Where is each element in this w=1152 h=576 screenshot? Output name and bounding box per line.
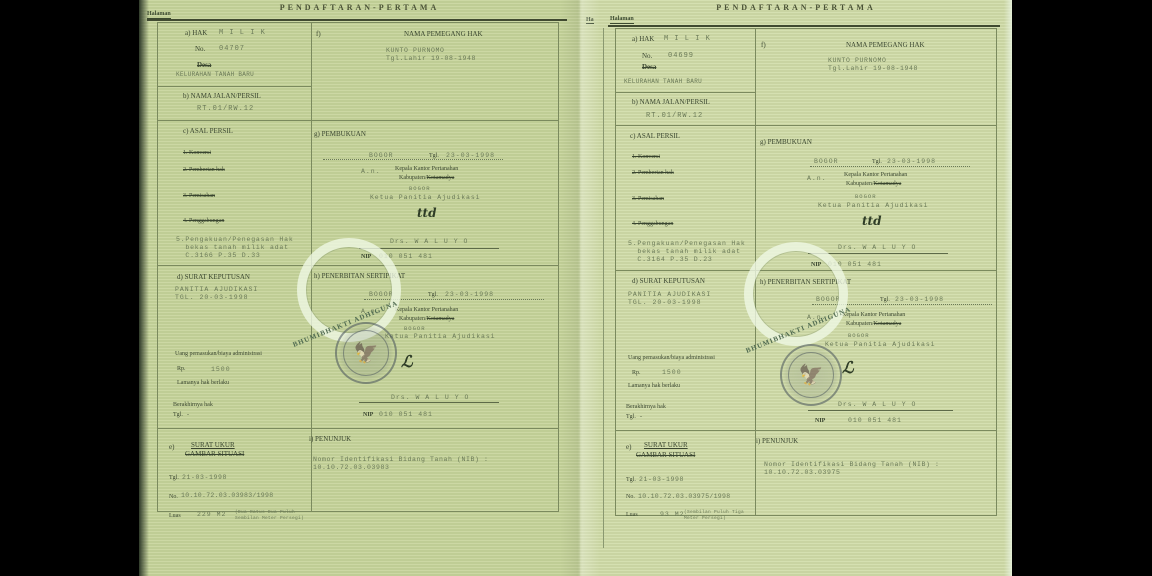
surat-keputusan-label: d) SURAT KEPUTUSAN [177, 273, 250, 281]
kabupaten-text: Kabupaten/ [399, 175, 427, 181]
paraf-signature: ttd [417, 206, 436, 220]
kepala-kantor-label: Kepala Kantor Pertanahan [395, 166, 458, 172]
official-stamp: 🦅 [335, 322, 397, 384]
kotamadya-text: Kotamadya [427, 175, 455, 181]
official-signature: ℒ [401, 352, 413, 371]
asal-pemisahan: 3. Pemisahan [632, 196, 664, 202]
luas-value: 229 M2 [197, 511, 226, 519]
ketua-panitia-text: Ketua Panitia Ajudikasi [370, 194, 480, 202]
gambar-situasi-label: GAMBAR SITUASI [185, 450, 244, 458]
penerbitan-tgl-value: 23-03-1998 [445, 291, 494, 299]
pemegang-hak-value: KUNTO PURNOMO Tgl.Lahir 19-08-1948 [828, 57, 918, 73]
surat-ukur-label: SURAT UKUR [644, 441, 688, 449]
e-label: e) [169, 443, 174, 451]
desa-label: Desa [642, 63, 656, 71]
kepala-kantor-label-2: Kepala Kantor Pertanahan [395, 307, 458, 313]
halaman-label: Halaman [147, 11, 171, 19]
pembukuan-tgl-value: 23-03-1998 [446, 152, 495, 160]
kabupaten-text: Kabupaten/ [846, 321, 874, 327]
asal-persil-label: c) ASAL PERSIL [183, 127, 233, 135]
header-rule [147, 19, 567, 21]
asal-pemberian-hak: 2. Pemberian hak [183, 167, 225, 173]
berakhir-tgl-label: Tgl. [173, 412, 183, 418]
row-divider [615, 125, 997, 126]
pejabat-name-2: Drs. W A L U Y O [838, 401, 916, 409]
pejabat-name: Drs. W A L U Y O [390, 238, 468, 246]
kabupaten-label: Kabupaten/Kotamadya [399, 175, 454, 181]
luas-label: Luas [626, 512, 638, 518]
kotamadya-text: Kotamadya [874, 321, 902, 327]
su-no-value: 10.10.72.03.03975/1998 [638, 493, 730, 501]
penerbitan-kota-2: BOGOR [404, 325, 426, 333]
pembukuan-kota-2: BOGOR [409, 185, 431, 193]
nama-pemegang-label: NAMA PEMEGANG HAK [404, 30, 483, 38]
penunjuk-value: Nomor Identifikasi Bidang Tanah (NIB) : … [764, 461, 940, 477]
su-tgl-value: 21-03-1998 [639, 476, 684, 484]
luas-label: Luas [169, 513, 181, 519]
biaya-value: 1500 [211, 366, 231, 374]
halaman-label: Halaman [610, 16, 634, 24]
asal-pengakuan-value: 5.Pengakuan/Penegasan Hak bekas tanah mi… [176, 236, 294, 260]
penunjuk-label: i) PENUNJUK [309, 435, 351, 443]
hak-label: a) HAK [185, 29, 207, 37]
nip-label-2: NIP [815, 418, 825, 424]
penerbitan-tgl-label: Tgl. [880, 297, 890, 303]
pembukuan-label: g) PEMBUKUAN [760, 138, 812, 146]
pembukuan-tgl-label: Tgl. [429, 153, 439, 159]
page-title: PENDAFTARAN-PERTAMA [580, 3, 1012, 12]
pembukuan-tgl-label: Tgl. [872, 159, 882, 165]
asal-konversi: 1. Konversi [183, 150, 211, 156]
luas-note: (Dua Ratus Dua Puluh Sembilan Meter Pers… [235, 510, 304, 522]
lamanya-label: Lamanya hak berlaku [628, 383, 680, 389]
row-divider [157, 86, 311, 87]
surat-keputusan-value: PANITIA AJUDIKASI TGL. 20-03-1998 [628, 291, 711, 307]
penerbitan-tgl-label: Tgl. [428, 292, 438, 298]
nama-jalan-value: RT.01/RW.12 [197, 105, 254, 113]
biaya-label: Uang pemasukan/biaya administrasi [628, 355, 715, 361]
penunjuk-value: Nomor Identifikasi Bidang Tanah (NIB) : … [313, 456, 489, 472]
surat-keputusan-value: PANITIA AJUDIKASI TGL. 20-03-1998 [175, 286, 258, 302]
left-page: PENDAFTARAN-PERTAMA Halaman a) HAK M I L… [139, 0, 580, 576]
gambar-situasi-label: GAMBAR SITUASI [636, 451, 695, 459]
header-rule [608, 25, 1000, 27]
kabupaten-text: Kabupaten/ [846, 181, 874, 187]
halaman-prev-label: Ha [586, 17, 594, 24]
su-tgl-label: Tgl. [169, 475, 179, 481]
signature-line-2 [808, 410, 953, 411]
asal-penggabungan: 4. Penggabungan [183, 218, 224, 224]
kabupaten-label-2: Kabupaten/Kotamadya [399, 316, 454, 322]
row-divider [615, 430, 997, 431]
f-label: f) [761, 41, 766, 49]
asal-pemberian-hak: 2. Pemberian hak [632, 170, 674, 176]
garuda-emblem-icon: 🦅 [354, 341, 379, 366]
no-label: No. [642, 52, 652, 60]
kotamadya-text: Kotamadya [427, 316, 455, 322]
luas-note: (Sembilan Puluh Tiga Meter Persegi) [684, 510, 744, 522]
nip-value-2: 010 051 481 [379, 411, 433, 419]
biaya-label: Uang pemasukan/biaya administrasi [175, 351, 262, 357]
nip-label-2: NIP [363, 412, 373, 418]
rp-label: Rp. [177, 366, 186, 372]
paraf-signature: ttd [862, 214, 881, 228]
garuda-emblem-icon: 🦅 [799, 363, 824, 388]
asal-pemisahan: 3. Pemisahan [183, 193, 215, 199]
su-tgl-value: 21-03-1998 [182, 474, 227, 482]
hak-type-value: M I L I K [664, 35, 711, 43]
hak-number-value: 04699 [668, 52, 694, 60]
berakhirnya-label: Berakhirnya hak [173, 402, 213, 408]
pembukuan-kota-value: BOGOR [369, 152, 394, 160]
su-no-label: No. [169, 494, 178, 500]
page-title: PENDAFTARAN-PERTAMA [139, 3, 580, 12]
lamanya-label: Lamanya hak berlaku [177, 380, 229, 386]
an-label: A.n. [361, 168, 381, 176]
berakhir-tgl-value: - [187, 412, 189, 418]
pembukuan-tgl-value: 23-03-1998 [887, 158, 936, 166]
berakhir-tgl-value: - [640, 414, 642, 420]
nama-jalan-label: b) NAMA JALAN/PERSIL [183, 92, 261, 100]
official-stamp: 🦅 [780, 344, 842, 406]
row-divider [615, 92, 755, 93]
biaya-value: 1500 [662, 369, 682, 377]
surat-ukur-label: SURAT UKUR [191, 441, 235, 449]
ketua-panitia-text: Ketua Panitia Ajudikasi [818, 202, 928, 210]
nip-value-2: 010 051 481 [848, 417, 902, 425]
row-divider [157, 120, 559, 121]
f-label: f) [316, 30, 321, 38]
rp-label: Rp. [632, 370, 641, 376]
berakhir-tgl-label: Tgl. [626, 414, 636, 420]
pejabat-name-2: Drs. W A L U Y O [391, 394, 469, 402]
asal-persil-label: c) ASAL PERSIL [630, 132, 680, 140]
e-label: e) [626, 443, 631, 451]
hak-number-value: 04707 [219, 45, 245, 53]
pembukuan-dotline [810, 166, 970, 167]
kelurahan-value: KELURAHAN TANAH BARU [176, 72, 254, 78]
no-label: No. [195, 45, 205, 53]
kabupaten-label-2: Kabupaten/Kotamadya [846, 321, 901, 327]
ketua-panitia-text-2: Ketua Panitia Ajudikasi [385, 333, 495, 341]
right-page: Ha PENDAFTARAN-PERTAMA Halaman a) HAK M … [580, 0, 1012, 576]
pembukuan-kota-value: BOGOR [814, 158, 839, 166]
su-tgl-label: Tgl. [626, 477, 636, 483]
kotamadya-text: Kotamadya [874, 181, 902, 187]
ketua-panitia-text-2: Ketua Panitia Ajudikasi [825, 341, 935, 349]
kepala-kantor-label: Kepala Kantor Pertanahan [844, 172, 907, 178]
signature-line-2 [359, 402, 499, 403]
official-signature: ℒ [842, 358, 854, 377]
penunjuk-label: i) PENUNJUK [756, 437, 798, 445]
nama-pemegang-label: NAMA PEMEGANG HAK [846, 41, 925, 49]
pemegang-hak-value: KUNTO PURNOMO Tgl.Lahir 19-08-1948 [386, 47, 476, 63]
row-divider [157, 428, 559, 429]
left-edge-rule [603, 28, 604, 548]
pejabat-name: Drs. W A L U Y O [838, 244, 916, 252]
kabupaten-label: Kabupaten/Kotamadya [846, 181, 901, 187]
pembukuan-kota-2: BOGOR [855, 193, 877, 201]
hak-label: a) HAK [632, 35, 654, 43]
asal-pengakuan-value: 5.Pengakuan/Penegasan Hak bekas tanah mi… [628, 240, 746, 264]
penerbitan-kota-2: BOGOR [848, 332, 870, 340]
asal-penggabungan: 4. Penggabungan [632, 221, 673, 227]
hak-type-value: M I L I K [219, 29, 266, 37]
an-label: A.n. [807, 175, 827, 183]
pembukuan-label: g) PEMBUKUAN [314, 130, 366, 138]
berakhirnya-label: Berakhirnya hak [626, 404, 666, 410]
desa-label: Desa [197, 61, 211, 69]
surat-keputusan-label: d) SURAT KEPUTUSAN [632, 277, 705, 285]
asal-konversi: 1. Konversi [632, 154, 660, 160]
kelurahan-value: KELURAHAN TANAH BARU [624, 79, 702, 85]
su-no-value: 10.10.72.03.03983/1998 [181, 492, 273, 500]
penerbitan-tgl-value: 23-03-1998 [895, 296, 944, 304]
kepala-kantor-label-2: Kepala Kantor Pertanahan [842, 312, 905, 318]
su-no-label: No. [626, 494, 635, 500]
nama-jalan-value: RT.01/RW.12 [646, 112, 703, 120]
kabupaten-text: Kabupaten/ [399, 316, 427, 322]
nama-jalan-label: b) NAMA JALAN/PERSIL [632, 98, 710, 106]
luas-value: 93 M2 [660, 511, 685, 519]
